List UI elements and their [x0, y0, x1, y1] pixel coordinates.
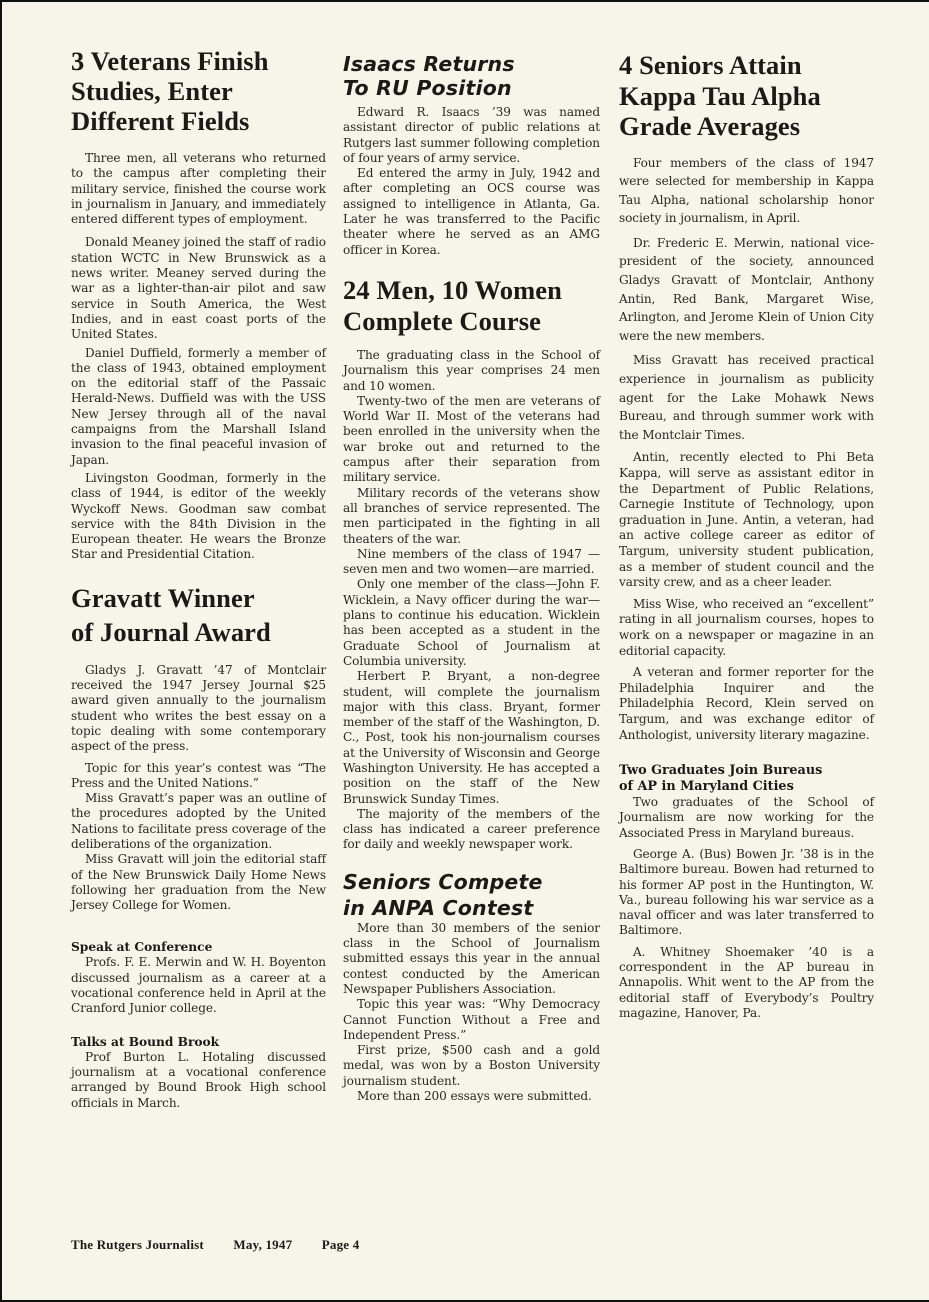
- headline-line: in ANPA Contest: [343, 895, 600, 921]
- paragraph: Three men, all veterans who returned to …: [71, 151, 326, 227]
- paragraph: Gladys J. Gravatt ’47 of Montclair recei…: [71, 663, 326, 755]
- headline-bound-brook: Talks at Bound Brook: [71, 1034, 326, 1050]
- page-footer: The Rutgers Journalist May, 1947 Page 4: [71, 1237, 385, 1253]
- paragraph: A veteran and former reporter for the Ph…: [619, 665, 874, 743]
- headline-line: Seniors Compete: [343, 869, 600, 895]
- headline-conference: Speak at Conference: [71, 939, 326, 955]
- article-veterans: 3 Veterans Finish Studies, Enter Differe…: [71, 46, 326, 563]
- headline-line: Isaacs Returns: [343, 52, 600, 76]
- headline-anpa: Seniors Compete in ANPA Contest: [343, 869, 600, 921]
- paragraph: Topic this year was: “Why Democracy Cann…: [343, 997, 600, 1043]
- paragraph: Miss Gravatt has received practical expe…: [619, 351, 874, 444]
- article-conference: Speak at Conference Profs. F. E. Merwin …: [71, 939, 326, 1016]
- headline-line: Studies, Enter: [71, 76, 326, 106]
- headline-line: of AP in Maryland Cities: [619, 779, 874, 795]
- article-complete-course: 24 Men, 10 Women Complete Course The gra…: [343, 275, 600, 853]
- article-ap: Two Graduates Join Bureaus of AP in Mary…: [619, 763, 874, 1021]
- paragraph: More than 200 essays were submitted.: [343, 1089, 600, 1104]
- publication-name: The Rutgers Journalist: [71, 1237, 204, 1253]
- paragraph: Livingston Goodman, formerly in the clas…: [71, 471, 326, 563]
- paragraph: Ed entered the army in July, 1942 and af…: [343, 166, 600, 258]
- headline-complete-course: 24 Men, 10 Women Complete Course: [343, 275, 600, 337]
- article-body: More than 30 members of the senior class…: [343, 921, 600, 1105]
- page-number: Page 4: [322, 1237, 360, 1253]
- paragraph: First prize, $500 cash and a gold medal,…: [343, 1043, 600, 1089]
- article-body: Three men, all veterans who returned to …: [71, 151, 326, 563]
- paragraph: Military records of the veterans show al…: [343, 486, 600, 547]
- paragraph: Miss Gravatt will join the editorial sta…: [71, 852, 326, 913]
- headline-line: 3 Veterans Finish: [71, 46, 326, 76]
- paragraph: Daniel Duffield, formerly a member of th…: [71, 346, 326, 468]
- article-body: Edward R. Isaacs ’39 was named assistant…: [343, 105, 600, 258]
- paragraph: Twenty-two of the men are veterans of Wo…: [343, 394, 600, 486]
- headline-veterans: 3 Veterans Finish Studies, Enter Differe…: [71, 46, 326, 136]
- paragraph: Miss Wise, who received an “excellent” r…: [619, 597, 874, 659]
- headline-line: Gravatt Winner: [71, 581, 326, 615]
- paragraph: Four members of the class of 1947 were s…: [619, 154, 874, 228]
- article-body-continued: Antin, recently elected to Phi Beta Kapp…: [619, 450, 874, 743]
- paragraph: Two graduates of the School of Journalis…: [619, 795, 874, 841]
- article-kappa: 4 Seniors Attain Kappa Tau Alpha Grade A…: [619, 50, 874, 743]
- paragraph: Only one member of the class—John F. Wic…: [343, 577, 600, 669]
- paragraph: More than 30 members of the senior class…: [343, 921, 600, 997]
- headline-gravatt: Gravatt Winner of Journal Award: [71, 581, 326, 649]
- paragraph: The graduating class in the School of Jo…: [343, 348, 600, 394]
- paragraph: Topic for this year’s contest was “The P…: [71, 761, 326, 792]
- headline-line: of Journal Award: [71, 615, 326, 649]
- headline-line: Kappa Tau Alpha: [619, 81, 874, 112]
- paragraph: The majority of the members of the class…: [343, 807, 600, 853]
- article-body: Prof Burton L. Hotaling discussed journa…: [71, 1050, 326, 1111]
- paragraph: Nine members of the class of 1947 —seven…: [343, 547, 600, 578]
- article-body: The graduating class in the School of Jo…: [343, 348, 600, 853]
- headline-line: 4 Seniors Attain: [619, 50, 874, 81]
- article-gravatt: Gravatt Winner of Journal Award Gladys J…: [71, 581, 326, 914]
- headline-kappa: 4 Seniors Attain Kappa Tau Alpha Grade A…: [619, 50, 874, 142]
- article-anpa: Seniors Compete in ANPA Contest More tha…: [343, 869, 600, 1105]
- paragraph: A. Whitney Shoemaker ’40 is a correspond…: [619, 945, 874, 1021]
- newspaper-page: 3 Veterans Finish Studies, Enter Differe…: [0, 0, 929, 1302]
- article-body: Gladys J. Gravatt ’47 of Montclair recei…: [71, 663, 326, 914]
- article-bound-brook: Talks at Bound Brook Prof Burton L. Hota…: [71, 1034, 326, 1111]
- paragraph: Herbert P. Bryant, a non-degree student,…: [343, 669, 600, 807]
- headline-line: Two Graduates Join Bureaus: [619, 763, 874, 779]
- headline-line: Complete Course: [343, 306, 600, 337]
- paragraph: Edward R. Isaacs ’39 was named assistant…: [343, 105, 600, 166]
- issue-date: May, 1947: [233, 1237, 292, 1253]
- paragraph: George A. (Bus) Bowen Jr. ’38 is in the …: [619, 847, 874, 939]
- headline-isaacs: Isaacs Returns To RU Position: [343, 52, 600, 100]
- article-body: Four members of the class of 1947 were s…: [619, 154, 874, 445]
- paragraph: Miss Gravatt’s paper was an outline of t…: [71, 791, 326, 852]
- paragraph: Antin, recently elected to Phi Beta Kapp…: [619, 450, 874, 590]
- headline-line: To RU Position: [343, 76, 600, 100]
- headline-line: Grade Averages: [619, 111, 874, 142]
- column-1: 3 Veterans Finish Studies, Enter Differe…: [71, 46, 326, 1111]
- headline-line: Different Fields: [71, 106, 326, 136]
- headline-ap: Two Graduates Join Bureaus of AP in Mary…: [619, 763, 874, 795]
- paragraph: Profs. F. E. Merwin and W. H. Boyenton d…: [71, 955, 326, 1016]
- article-isaacs: Isaacs Returns To RU Position Edward R. …: [343, 52, 600, 258]
- paragraph: Donald Meaney joined the staff of radio …: [71, 235, 326, 342]
- paragraph: Dr. Frederic E. Merwin, national vice-pr…: [619, 234, 874, 346]
- article-body: Two graduates of the School of Journalis…: [619, 795, 874, 1021]
- paragraph: Prof Burton L. Hotaling discussed journa…: [71, 1050, 326, 1111]
- headline-line: 24 Men, 10 Women: [343, 275, 600, 306]
- article-body: Profs. F. E. Merwin and W. H. Boyenton d…: [71, 955, 326, 1016]
- column-3: 4 Seniors Attain Kappa Tau Alpha Grade A…: [619, 50, 874, 1021]
- column-2: Isaacs Returns To RU Position Edward R. …: [343, 52, 600, 1104]
